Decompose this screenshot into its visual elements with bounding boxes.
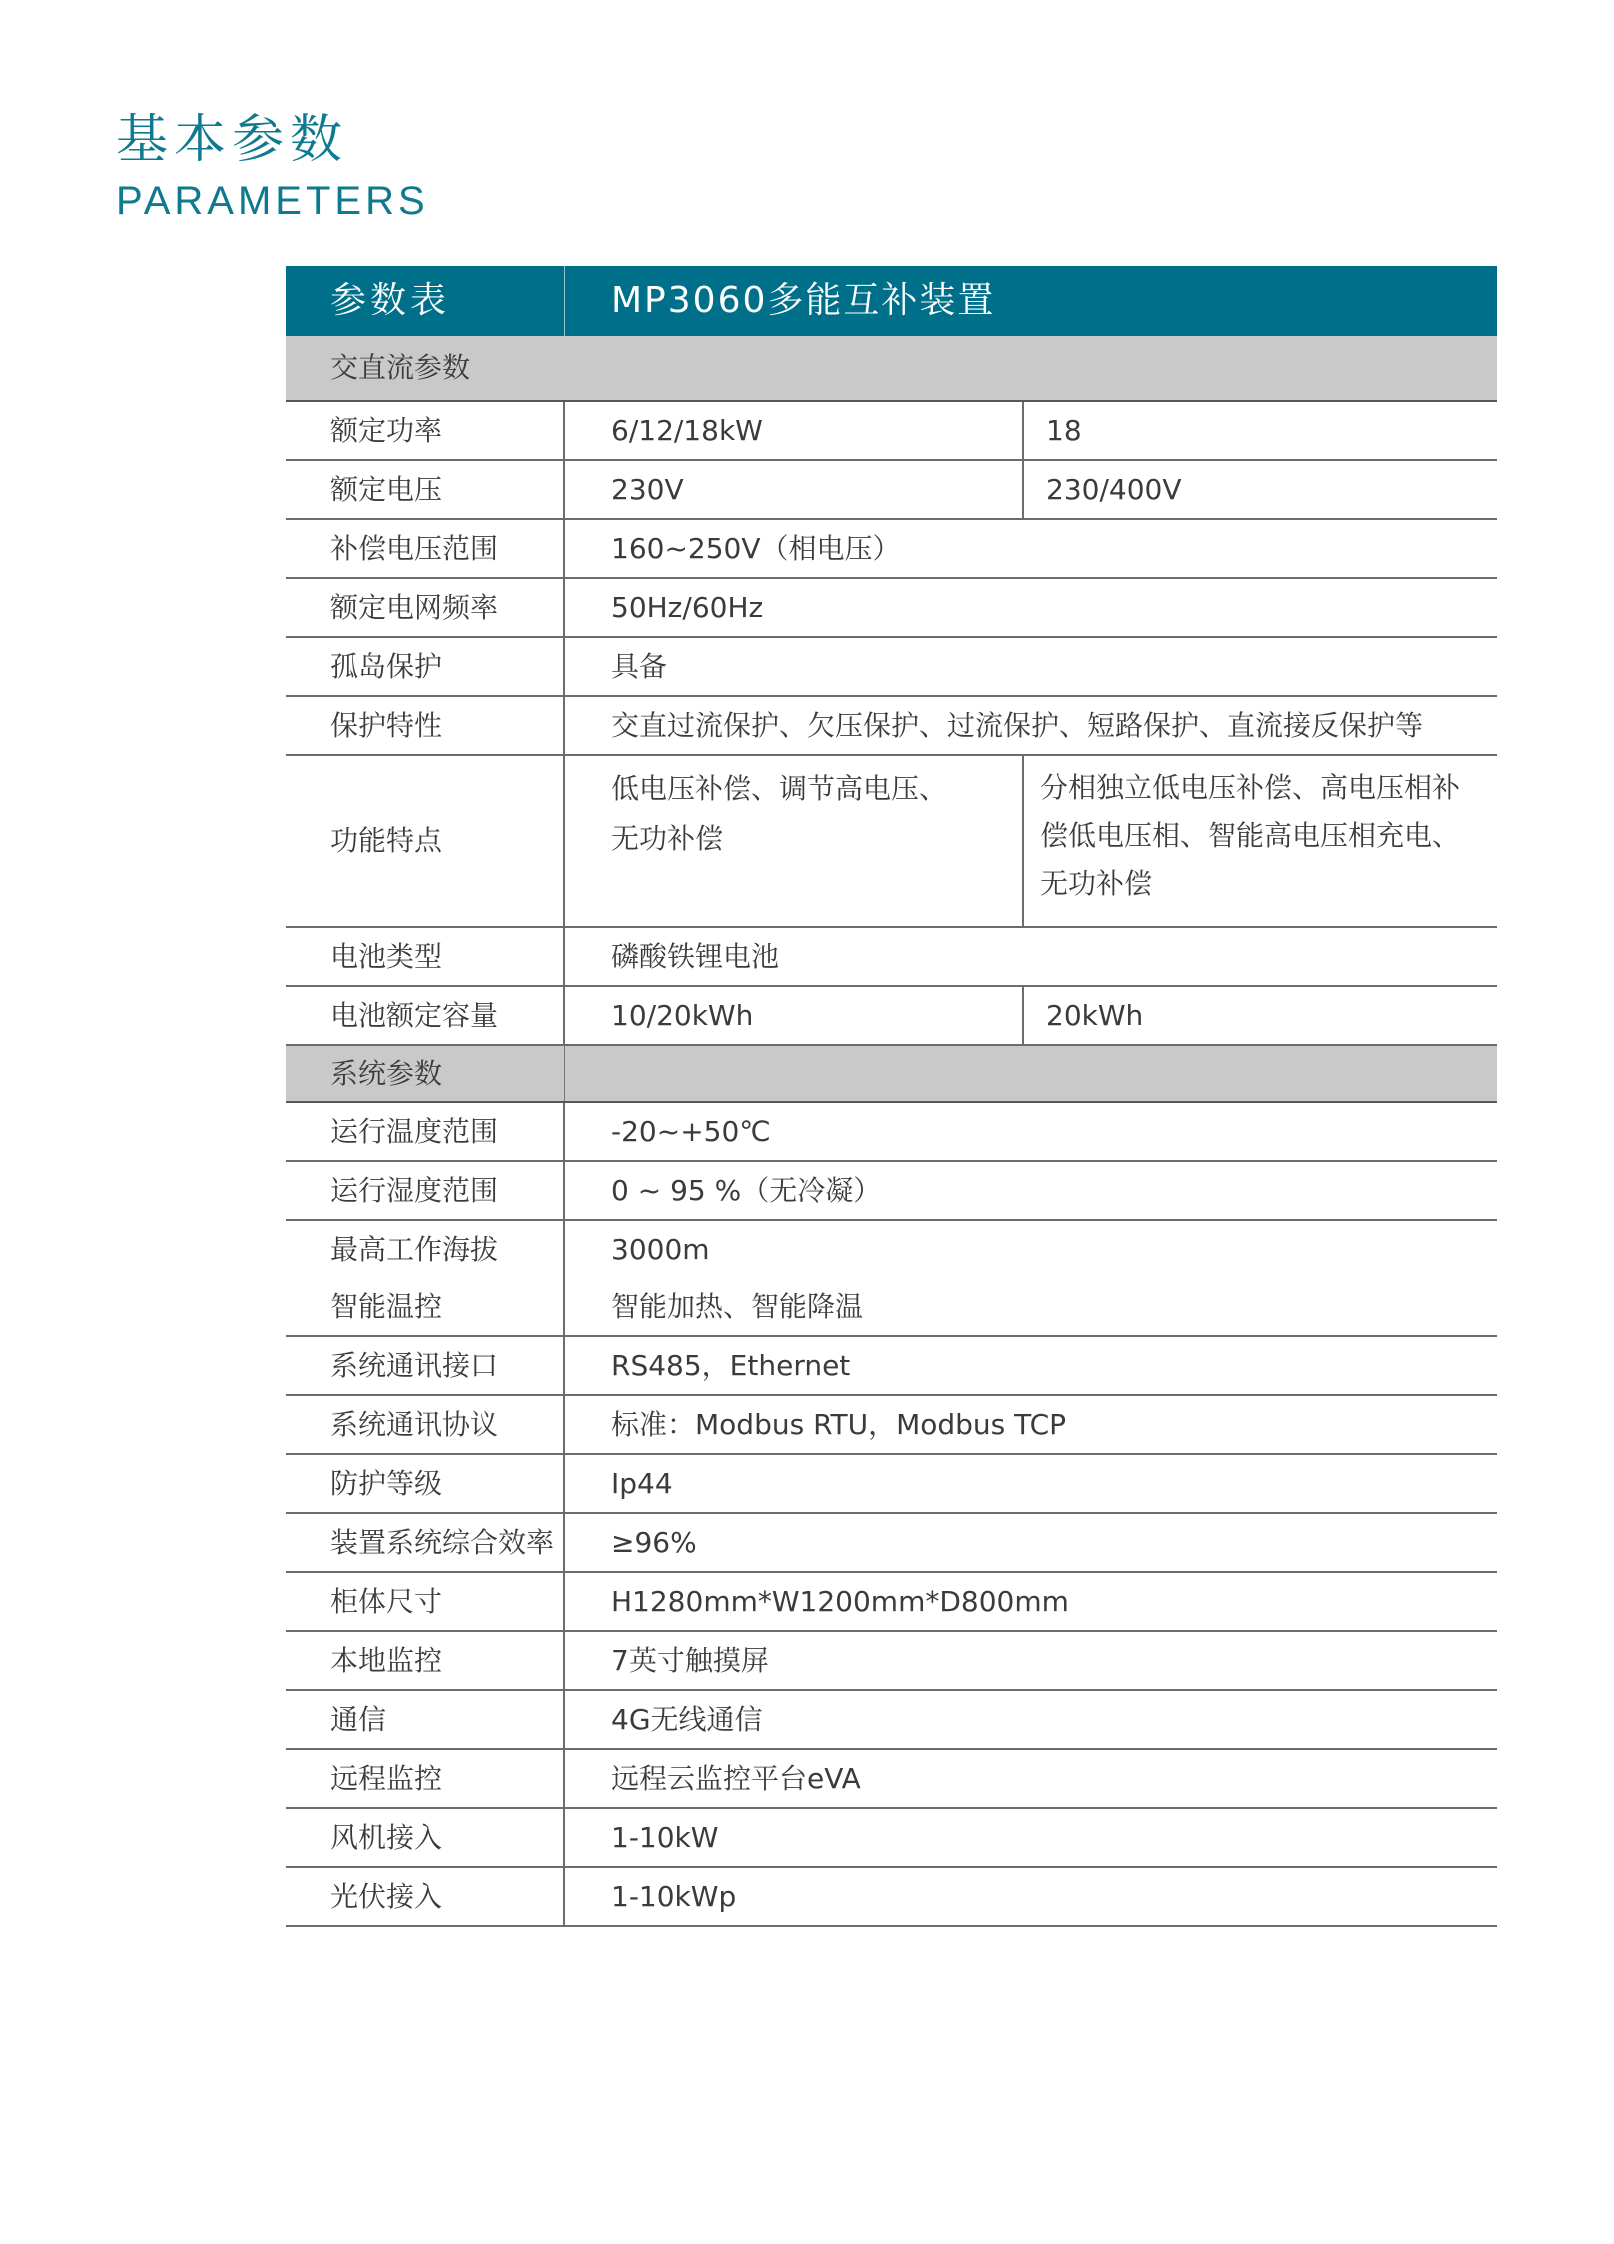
row-value: -20~+50℃ (611, 1103, 1497, 1160)
row-value: 远程云监控平台eVA (611, 1750, 1497, 1807)
table-row: 额定功率 6/12/18kW 18 (286, 402, 1497, 461)
row-label: 系统通讯接口 (330, 1337, 563, 1394)
row-label: 运行湿度范围 (330, 1162, 563, 1219)
section-header-system: 系统参数 (286, 1046, 1497, 1103)
row-label: 保护特性 (330, 697, 563, 754)
row-value: 6/12/18kW (611, 402, 1022, 459)
row-value-line: 低电压补偿、调节高电压、 (611, 764, 1022, 814)
row-label: 装置系统综合效率 (330, 1514, 563, 1571)
header-label: 参数表 (286, 266, 565, 336)
table-row: 系统通讯协议 标准：Modbus RTU，Modbus TCP (286, 1396, 1497, 1455)
row-label: 额定电网频率 (330, 579, 563, 636)
row-value: 交直过流保护、欠压保护、过流保护、短路保护、直流接反保护等 (611, 697, 1497, 754)
table-row: 通信 4G无线通信 (286, 1691, 1497, 1750)
table-row: 光伏接入 1-10kWp (286, 1868, 1497, 1927)
row-value: 10/20kWh (611, 987, 1022, 1044)
table-row: 运行温度范围 -20~+50℃ (286, 1103, 1497, 1162)
row-label: 最高工作海拔 (330, 1221, 563, 1278)
table-row: 补偿电压范围 160~250V（相电压） (286, 520, 1497, 579)
row-label: 防护等级 (330, 1455, 563, 1512)
row-label: 光伏接入 (330, 1868, 563, 1925)
page-title-en: PARAMETERS (116, 176, 429, 226)
table-row: 远程监控 远程云监控平台eVA (286, 1750, 1497, 1809)
section-header-acdc: 交直流参数 (286, 336, 1497, 402)
table-row: 电池额定容量 10/20kWh 20kWh (286, 987, 1497, 1046)
row-value: 7英寸触摸屏 (611, 1632, 1497, 1689)
row-label: 柜体尺寸 (330, 1573, 563, 1630)
table-row: 保护特性 交直过流保护、欠压保护、过流保护、短路保护、直流接反保护等 (286, 697, 1497, 756)
row-label: 智能温控 (330, 1278, 563, 1335)
section-title: 系统参数 (286, 1046, 565, 1101)
row-value: 160~250V（相电压） (611, 520, 1497, 577)
row-value: 0 ~ 95 %（无冷凝） (611, 1162, 1497, 1219)
row-value: 50Hz/60Hz (611, 579, 1497, 636)
row-value: ≥96% (611, 1514, 1497, 1571)
row-value: Ip44 (611, 1455, 1497, 1512)
row-value: 230/400V (1046, 461, 1497, 518)
row-value: 磷酸铁锂电池 (611, 928, 1497, 985)
row-value: 1-10kWp (611, 1868, 1497, 1925)
row-label: 功能特点 (330, 816, 563, 866)
row-label: 补偿电压范围 (330, 520, 563, 577)
table-row-features: 功能特点 低电压补偿、调节高电压、 无功补偿 分相独立低电压补偿、高电压相补 偿… (286, 756, 1497, 928)
table-row: 系统通讯接口 RS485，Ethernet (286, 1337, 1497, 1396)
table-row: 孤岛保护 具备 (286, 638, 1497, 697)
row-value: 1-10kW (611, 1809, 1497, 1866)
table-row: 运行湿度范围 0 ~ 95 %（无冷凝） (286, 1162, 1497, 1221)
row-value: 具备 (611, 638, 1497, 695)
table-row: 额定电网频率 50Hz/60Hz (286, 579, 1497, 638)
table-row-merged: 最高工作海拔 智能温控 3000m 智能加热、智能降温 (286, 1221, 1497, 1337)
row-value: 4G无线通信 (611, 1691, 1497, 1748)
row-value: 230V (611, 461, 1022, 518)
row-label: 本地监控 (330, 1632, 563, 1689)
row-value: RS485，Ethernet (611, 1337, 1497, 1394)
row-label: 远程监控 (330, 1750, 563, 1807)
page-title-cn: 基本参数 (116, 108, 348, 172)
header-product: MP3060多能互补装置 (565, 266, 1497, 336)
row-value-line: 偿低电压相、智能高电压相充电、 (1040, 812, 1497, 860)
row-value: 标准：Modbus RTU，Modbus TCP (611, 1396, 1497, 1453)
row-label: 通信 (330, 1691, 563, 1748)
row-label: 运行温度范围 (330, 1103, 563, 1160)
row-label: 电池额定容量 (330, 987, 563, 1044)
row-label: 额定电压 (330, 461, 563, 518)
row-value: 3000m (611, 1221, 1497, 1278)
row-label: 风机接入 (330, 1809, 563, 1866)
table-row: 额定电压 230V 230/400V (286, 461, 1497, 520)
row-label: 系统通讯协议 (330, 1396, 563, 1453)
table-row: 柜体尺寸 H1280mm*W1200mm*D800mm (286, 1573, 1497, 1632)
table-row: 装置系统综合效率 ≥96% (286, 1514, 1497, 1573)
parameters-table: 参数表 MP3060多能互补装置 交直流参数 额定功率 6/12/18kW 18… (286, 266, 1497, 1927)
table-row: 电池类型 磷酸铁锂电池 (286, 928, 1497, 987)
row-value-line: 无功补偿 (1040, 860, 1497, 908)
row-value: H1280mm*W1200mm*D800mm (611, 1573, 1497, 1630)
row-value-line: 无功补偿 (611, 814, 1022, 864)
row-label: 电池类型 (330, 928, 563, 985)
row-value: 智能加热、智能降温 (611, 1278, 1497, 1335)
row-label: 孤岛保护 (330, 638, 563, 695)
row-label: 额定功率 (330, 402, 563, 459)
row-value: 18 (1046, 402, 1497, 459)
row-value-line: 分相独立低电压补偿、高电压相补 (1040, 764, 1497, 812)
table-row: 本地监控 7英寸触摸屏 (286, 1632, 1497, 1691)
table-row: 防护等级 Ip44 (286, 1455, 1497, 1514)
row-value: 20kWh (1046, 987, 1497, 1044)
section-title: 交直流参数 (286, 336, 565, 400)
table-header: 参数表 MP3060多能互补装置 (286, 266, 1497, 336)
table-row: 风机接入 1-10kW (286, 1809, 1497, 1868)
